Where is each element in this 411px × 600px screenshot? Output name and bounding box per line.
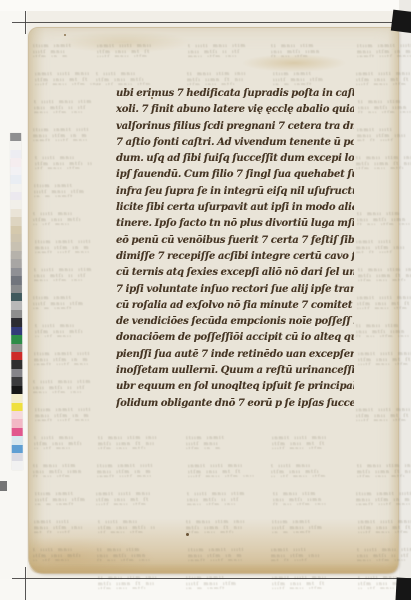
color-patch (10, 192, 21, 200)
text-line: cū ternis atq ſexies excepſi aliō nō dar… (116, 267, 354, 283)
ink-speck (186, 533, 189, 536)
text-line: ubi erimus 7 hedificata ſupradis poſta i… (116, 88, 354, 104)
text-line: eō penū cū venōibus fuerit 7 certa 7 feſ… (116, 235, 354, 251)
text-line: infra ſeu ſupra ſe in integrū eiſq nil u… (116, 186, 354, 202)
crop-mark-top-left (25, 11, 26, 34)
color-patch (12, 461, 23, 469)
color-patch (11, 344, 22, 352)
corner-marker-bottom-right (395, 577, 411, 600)
color-patch (11, 217, 22, 225)
color-patch (11, 276, 22, 284)
scan-margin-bottom (0, 579, 411, 600)
color-patch (10, 133, 21, 141)
text-line: cū roſalia ad exſolvo nō fia minute 7 co… (116, 300, 354, 316)
color-patch (12, 436, 23, 444)
color-patch (11, 259, 22, 267)
color-patch (12, 419, 23, 427)
color-patch (10, 175, 21, 183)
color-patch (11, 301, 22, 309)
registration-line-top (12, 22, 411, 23)
color-patch (11, 335, 22, 343)
color-patch (11, 369, 22, 377)
color-patch (11, 386, 22, 394)
color-patch (12, 428, 23, 436)
text-line: licite ſibi certa uſurpavit aut ipſi in … (116, 202, 354, 218)
color-patch (10, 150, 21, 158)
text-line: ubr equum en ſol unoqlteq ipſuit ſe prin… (116, 381, 354, 397)
scan-margin-right (399, 0, 411, 600)
color-patch (11, 318, 22, 326)
deckle-edge (29, 564, 398, 573)
color-patch (12, 411, 23, 419)
text-line: inoſſetam uullernī. Quum a reſtū urinanc… (116, 365, 354, 381)
ink-speck (64, 34, 66, 36)
color-patch (10, 200, 21, 208)
color-patch (11, 352, 22, 360)
color-patch (10, 158, 21, 166)
text-line: pienſſi ſua autē 7 inde retinēdo uan exc… (116, 349, 354, 365)
color-patch (10, 141, 21, 149)
color-patch (11, 251, 22, 259)
color-patch (11, 377, 22, 385)
color-patch (10, 167, 21, 175)
color-patch (12, 445, 23, 453)
manuscript-scan: ſtıım ınmſt ıııtſ mnıı ıtſm ın m ınmſt ı… (0, 0, 411, 600)
text-line: xoli. 7 finit abuno latere vię ęcclę aba… (116, 104, 354, 120)
color-patch (12, 402, 23, 410)
text-line: dimiſſe 7 recepiſſe acſibi integre certū… (116, 251, 354, 267)
text-line: valſorinus filius ſcdi pregnani 7 cetera… (116, 121, 354, 137)
color-patch (11, 285, 22, 293)
corner-marker-top-right (391, 10, 411, 34)
text-line: ipſ fauendū. Cum filio 7 ſingl ſua queha… (116, 169, 354, 185)
scan-margin-top (0, 0, 411, 11)
color-patch (11, 327, 22, 335)
registration-line-bottom (12, 578, 411, 579)
color-patch (11, 242, 22, 250)
text-line: 7 aſtio fonti caſtri. Ad vivendum tenent… (116, 137, 354, 153)
color-patch (11, 209, 22, 217)
color-patch (11, 226, 22, 234)
color-patch (11, 293, 22, 301)
text-line: 7 ipſi voluntate inſuo rectori ſue alij … (116, 284, 354, 300)
color-patch (12, 453, 23, 461)
color-patch (11, 268, 22, 276)
color-patch (11, 310, 22, 318)
text-line: tinere. Ipſo facto tn nō plus divortiū l… (116, 218, 354, 234)
color-calibration-strip (10, 133, 23, 470)
color-patch (11, 394, 22, 402)
left-edge-chip (0, 481, 7, 491)
text-line: dum. uſq ad ſibi ſuiſq ſucceſſit dum exc… (116, 153, 354, 169)
color-patch (11, 360, 22, 368)
text-line: de vendiciōes ſecūda empcionis noīe poſſ… (116, 316, 354, 332)
text-line: donaciōem de poſſeſſiōi accipit cū io al… (116, 332, 354, 348)
text-line: ſolidum obligante dnō 7 eorū p ſe ipſas … (116, 398, 354, 414)
color-patch (10, 184, 21, 192)
crop-mark-bottom-left (25, 567, 26, 600)
manuscript-text: ubi erimus 7 hedificata ſupradis poſta i… (116, 88, 354, 414)
color-patch (11, 234, 22, 242)
